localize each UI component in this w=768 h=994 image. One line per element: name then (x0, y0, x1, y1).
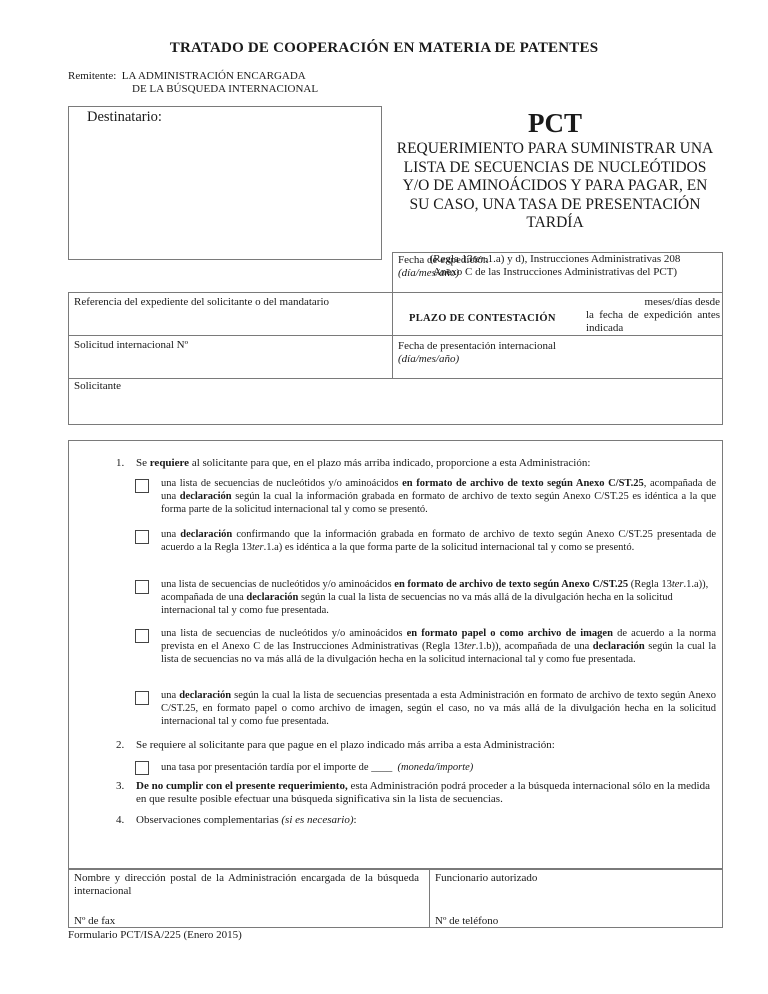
applicant-reference-field[interactable]: Referencia del expediente del solicitant… (68, 292, 393, 336)
option-2-text: una declaración confirmando que la infor… (161, 528, 716, 554)
section-3-number: 3. (116, 780, 124, 792)
form-identifier: Formulario PCT/ISA/225 (Enero 2015) (68, 929, 242, 941)
issue-date-label: Fecha de expedición (398, 254, 488, 267)
option-1-text: una lista de secuencias de nucleótidos y… (161, 477, 716, 516)
section-1-number: 1. (116, 457, 124, 469)
option-4-text: una lista de secuencias de nucleótidos y… (161, 627, 716, 666)
section-3-text: De no cumplir con el presente requerimie… (136, 780, 716, 806)
filing-date-label: Fecha de presentación internacional (398, 340, 556, 353)
document-title: TRATADO DE COOPERACIÓN EN MATERIA DE PAT… (0, 40, 768, 57)
authority-box: Nombre y dirección postal de la Administ… (68, 868, 723, 928)
form-subtitle: REQUERIMIENTO PARA SUMINISTRAR UNA LISTA… (388, 140, 722, 233)
late-fee-amount-blank[interactable]: ____ (371, 762, 392, 773)
option-3-checkbox[interactable] (135, 580, 149, 594)
section-4-number: 4. (116, 814, 124, 826)
option-4-checkbox[interactable] (135, 629, 149, 643)
option-5-text: una declaración según la cual la lista d… (161, 689, 716, 728)
section-2-number: 2. (116, 739, 124, 751)
response-deadline-field[interactable]: PLAZO DE CONTESTACIÓN meses/días desde l… (392, 292, 723, 336)
requirements-box: 1. Se requiere al solicitante para que, … (68, 440, 723, 870)
deadline-text-1: meses/días desde (586, 296, 720, 309)
option-1-checkbox[interactable] (135, 479, 149, 493)
sender-block: Remitente: LA ADMINISTRACIÓN ENCARGADA D… (68, 70, 318, 95)
application-number-field[interactable]: Solicitud internacional Nº (68, 335, 393, 379)
application-number-label: Solicitud internacional Nº (74, 339, 188, 352)
sender-label: Remitente: (68, 70, 116, 82)
applicant-field[interactable]: Solicitante (68, 378, 723, 425)
section-1-intro: Se requiere al solicitante para que, en … (136, 457, 716, 470)
section-4-text: Observaciones complementarias (si es nec… (136, 814, 716, 827)
sender-line-1: LA ADMINISTRACIÓN ENCARGADA (122, 70, 306, 82)
fax-label: Nº de fax (74, 915, 115, 928)
issue-date-field[interactable]: Fecha de expedición (día/mes/año) (392, 252, 723, 294)
filing-date-field[interactable]: Fecha de presentación internacional (día… (392, 335, 723, 379)
section-2-intro: Se requiere al solicitante para que pagu… (136, 739, 716, 752)
applicant-reference-label: Referencia del expediente del solicitant… (74, 296, 329, 309)
late-fee-checkbox[interactable] (135, 761, 149, 775)
late-fee-text: una tasa por presentación tardía por el … (161, 761, 716, 774)
authorized-officer-label: Funcionario autorizado (435, 872, 537, 885)
option-5-checkbox[interactable] (135, 691, 149, 705)
recipient-box[interactable]: Destinatario: (68, 106, 382, 260)
phone-label: Nº de teléfono (435, 915, 498, 928)
deadline-text-2: la fecha de expedición antes indicada (586, 309, 720, 334)
authority-address-label: Nombre y dirección postal de la Administ… (74, 872, 419, 898)
issue-date-hint: (día/mes/año) (398, 267, 488, 280)
pct-title: PCT (388, 108, 722, 138)
deadline-label: PLAZO DE CONTESTACIÓN (409, 312, 556, 325)
filing-date-hint: (día/mes/año) (398, 353, 556, 366)
option-2-checkbox[interactable] (135, 530, 149, 544)
recipient-label: Destinatario: (87, 109, 162, 126)
option-3-text: una lista de secuencias de nucleótidos y… (161, 578, 716, 617)
applicant-label: Solicitante (74, 380, 121, 393)
sender-line-2: DE LA BÚSQUEDA INTERNACIONAL (68, 83, 318, 96)
